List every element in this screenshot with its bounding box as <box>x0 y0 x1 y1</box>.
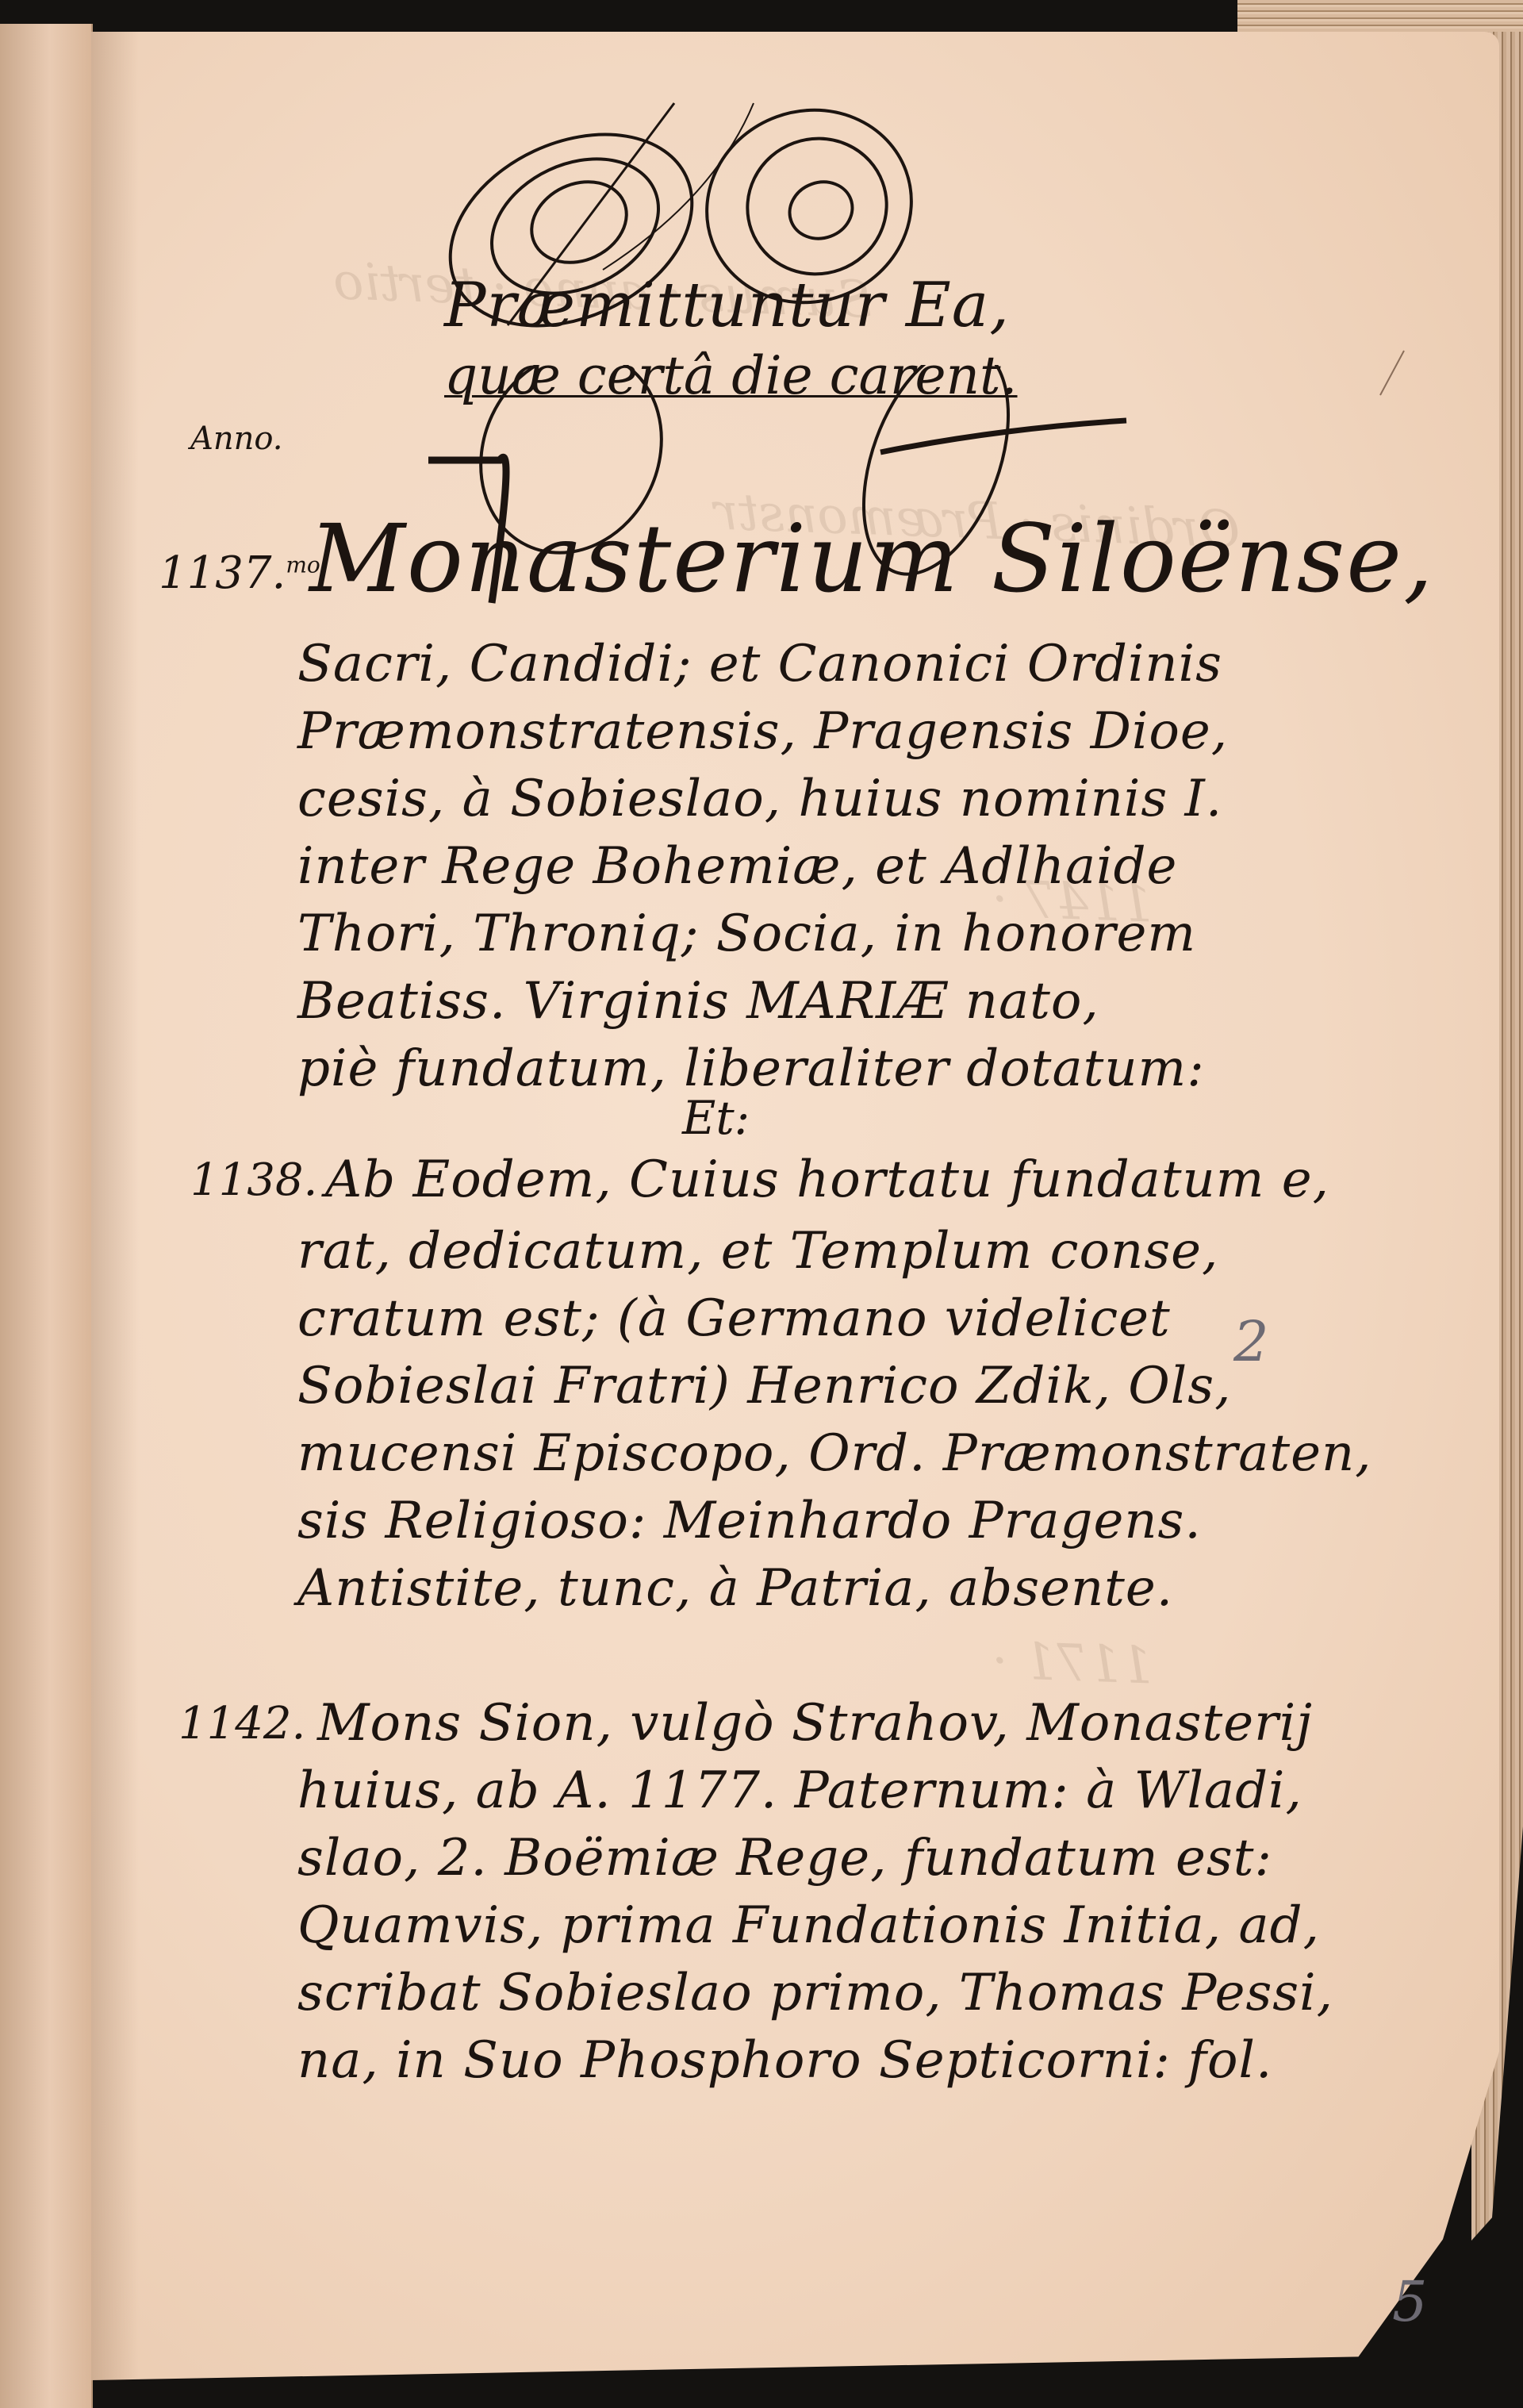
entry-year-value: 1137. <box>159 547 286 599</box>
pencil-margin-numeral: 2 <box>1233 1309 1269 1374</box>
entry-line: inter Rege Bohemiæ, et Adlhaide <box>297 837 1177 896</box>
entry-line: piè fundatum, liberaliter dotatum: <box>297 1039 1205 1098</box>
entry-line: rat, dedicatum, et Templum conse, <box>297 1222 1218 1281</box>
entry-line: Ab Eodem, Cuius hortatu fundatum e, <box>325 1150 1329 1209</box>
entry-line: Sobieslai Fratri) Henrico Zdik, Ols, <box>297 1357 1231 1415</box>
pencil-page-number: 5 <box>1392 2269 1428 2334</box>
heading-line-1: Præmittuntur Ea, <box>444 270 1010 341</box>
entry-line: Sacri, Candidi; et Canonici Ordinis <box>297 635 1222 693</box>
entry-title: Monasterium Siloënse, <box>309 504 1435 613</box>
entry-closing: Et: <box>682 1091 750 1145</box>
entry-line: Antistite, tunc, à Patria, absente. <box>297 1559 1173 1618</box>
entry-line: Thori, Throniq; Socia, in honorem <box>297 904 1196 963</box>
heading-line-2: quæ certâ die carent. <box>444 345 1018 406</box>
gutter-shadow <box>91 32 139 2380</box>
entry-line: na, in Suo Phosphoro Septicorni: fol. <box>297 2031 1272 2090</box>
entry-line: scribat Sobieslao primo, Thomas Pessi, <box>297 1964 1333 2022</box>
entry-line: huius, ab A. 1177. Paternum: à Wladi, <box>297 1761 1302 1820</box>
entry-line: slao, 2. Boëmiæ Rege, fundatum est: <box>297 1829 1272 1888</box>
entry-line: Præmonstratensis, Pragensis Dioe, <box>297 702 1228 761</box>
entry-line: Quamvis, prima Fundationis Initia, ad, <box>297 1896 1320 1955</box>
entry-year: 1142. <box>178 1698 305 1749</box>
entry-line: cesis, à Sobieslao, huius nominis I. <box>297 770 1222 828</box>
entry-year: 1137.mo <box>159 547 320 599</box>
manuscript-scan: Sumus · anno · tertio Ordinis · Præmonst… <box>0 0 1523 2408</box>
entry-line: mucensi Episcopo, Ord. Præmonstraten, <box>297 1424 1372 1483</box>
entry-line: Mons Sion, vulgò Strahov, Monasterij <box>317 1694 1313 1753</box>
entry-line: cratum est; (à Germano videlicet <box>297 1289 1171 1348</box>
entry-year: 1138. <box>190 1154 317 1206</box>
left-page-edge <box>0 24 93 2408</box>
entry-line: sis Religioso: Meinhardo Pragens. <box>297 1492 1202 1550</box>
margin-label-anno: Anno. <box>190 421 283 457</box>
entry-line: Beatiss. Virginis MARIÆ nato, <box>297 972 1099 1031</box>
